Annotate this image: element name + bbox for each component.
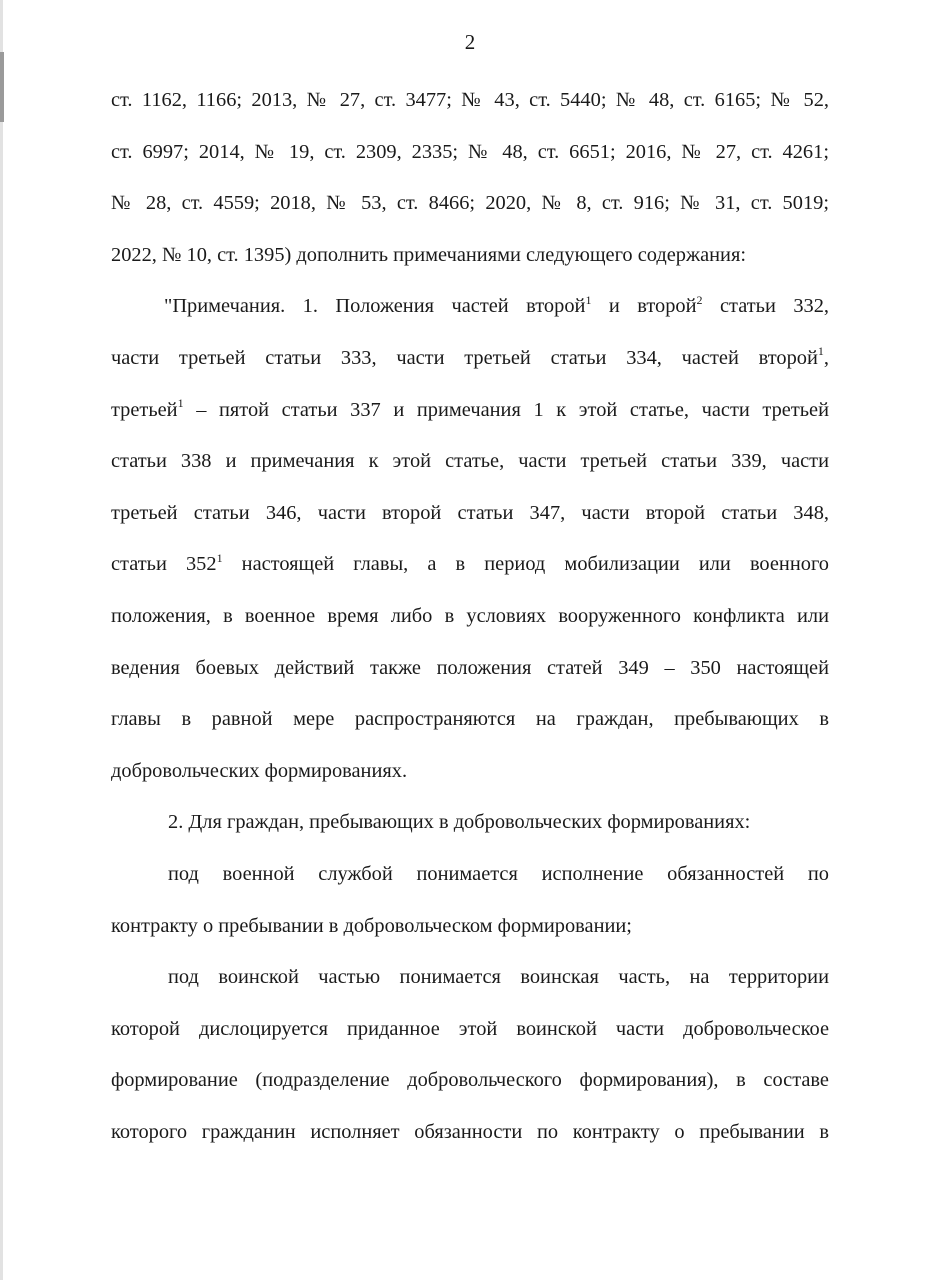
text-line: ведения боевых действий также положения …	[111, 650, 829, 702]
text-line: под военной службой понимается исполнени…	[111, 856, 829, 908]
text-span: ,	[824, 347, 829, 369]
superscript: 1	[818, 344, 824, 358]
superscript: 1	[217, 551, 223, 565]
superscript: 1	[178, 396, 184, 410]
note-2-paragraph: 2. Для граждан, пребывающих в добровольч…	[111, 804, 829, 856]
text-span: настоящей главы, а в период мобилизации …	[223, 553, 829, 575]
page-number: 2	[0, 28, 927, 56]
page-edge	[0, 0, 3, 1280]
text-span: части третьей статьи 333, части третьей …	[111, 347, 818, 369]
text-line: части третьей статьи 333, части третьей …	[111, 340, 829, 392]
superscript: 1	[585, 293, 591, 307]
text-line: ст. 6997; 2014, № 19, ст. 2309, 2335; № …	[111, 134, 829, 186]
text-line: третьей1 – пятой статьи 337 и примечания…	[111, 392, 829, 444]
military-unit-definition: под воинской частью понимается воинская …	[111, 959, 829, 1165]
text-line: ст. 1162, 1166; 2013, № 27, ст. 3477; № …	[111, 82, 829, 134]
intro-paragraph: ст. 1162, 1166; 2013, № 27, ст. 3477; № …	[111, 82, 829, 288]
text-line: формирование (подразделение добровольчес…	[111, 1062, 829, 1114]
text-line: под воинской частью понимается воинская …	[111, 959, 829, 1011]
text-span: третьей	[111, 399, 178, 421]
superscript: 2	[697, 293, 703, 307]
text-line: "Примечания. 1. Положения частей второй1…	[111, 288, 829, 340]
text-span: "Примечания. 1. Положения частей второй	[164, 295, 585, 317]
text-line: 2022, № 10, ст. 1395) дополнить примечан…	[111, 237, 829, 289]
text-line: статьи 3521 настоящей главы, а в период …	[111, 546, 829, 598]
text-line: добровольческих формированиях.	[111, 753, 829, 805]
text-line: третьей статьи 346, части второй статьи …	[111, 495, 829, 547]
document-body: ст. 1162, 1166; 2013, № 27, ст. 3477; № …	[111, 82, 829, 1165]
text-span: статьи 332,	[703, 295, 829, 317]
text-span: статьи 352	[111, 553, 217, 575]
text-line: статьи 338 и примечания к этой статье, ч…	[111, 443, 829, 495]
text-line: главы в равной мере распространяются на …	[111, 701, 829, 753]
text-line: которого гражданин исполняет обязанности…	[111, 1114, 829, 1166]
note-1-paragraph: "Примечания. 1. Положения частей второй1…	[111, 288, 829, 804]
text-span: и второй	[591, 295, 696, 317]
text-line: 2. Для граждан, пребывающих в добровольч…	[111, 804, 829, 856]
text-line: контракту о пребывании в добровольческом…	[111, 908, 829, 960]
text-span: – пятой статьи 337 и примечания 1 к этой…	[184, 399, 829, 421]
page-edge-shadow	[0, 52, 4, 122]
text-line: которой дислоцируется приданное этой вои…	[111, 1011, 829, 1063]
military-service-definition: под военной службой понимается исполнени…	[111, 856, 829, 959]
text-line: положения, в военное время либо в услови…	[111, 598, 829, 650]
text-line: № 28, ст. 4559; 2018, № 53, ст. 8466; 20…	[111, 185, 829, 237]
